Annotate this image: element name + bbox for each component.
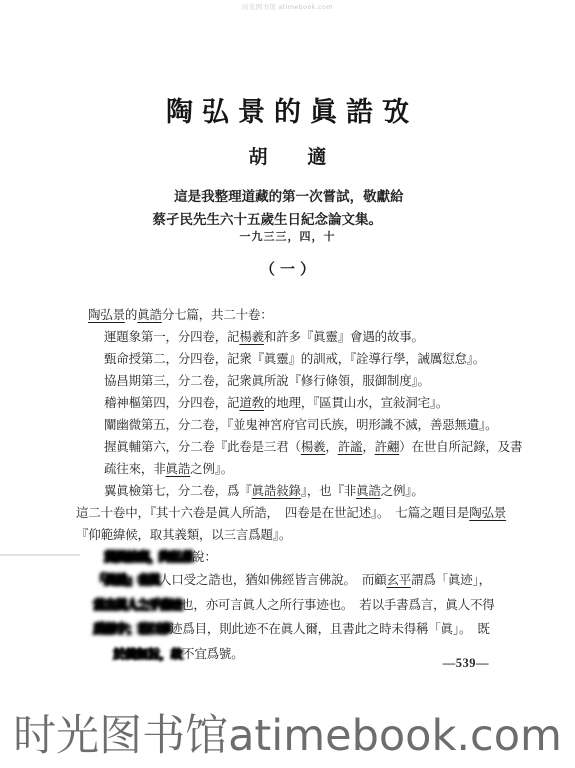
- block-quote: 「眞誥」者眞人口受之誥也，猶如佛經皆言佛說。 而顧玄平謂爲「眞迹」， 當言眞人之…: [0, 568, 575, 666]
- text-segment: 和許多『眞靈』會遇的故事。: [264, 330, 424, 344]
- text-segment: 這二十卷中，『其十六卷是眞人所誥， 四卷是在世記述』。 七篇之題目是: [76, 506, 469, 520]
- page-title: 陶弘景的眞誥攷: [0, 90, 575, 129]
- book-title-mark: 眞誥: [137, 308, 162, 322]
- paragraph-line-1: 這二十卷中，『其十六卷是眞人所誥， 四卷是在世記述』。 七篇之題目是陶弘景: [0, 502, 575, 524]
- text-segment: 也，亦可言眞人之所行事迹也。 若以手書爲言，眞人不得: [181, 598, 495, 612]
- proper-name-mark: 楊羲: [301, 440, 326, 454]
- text-segment: 』，也『非: [301, 484, 356, 498]
- list-item-5: 闡幽微第五，分二卷，『並鬼神宮府官司氏族，明形識不滅，善惡無遺』。: [0, 414, 575, 436]
- scan-artifact-line: [0, 554, 80, 556]
- text-segment: 闡幽微第五，分二卷，『並鬼神宮府官司氏族，明形識不滅，善惡無遺』。: [104, 418, 497, 432]
- quote-line-3: 爲隸字；若以事迹爲目，則此迹不在眞人爾，且書此之時未得稱「眞」。 既: [0, 617, 575, 642]
- text-segment: 翼眞檢第七，分二卷，爲『: [104, 484, 252, 498]
- text-segment: 說：: [192, 550, 217, 564]
- text-segment: 疏往來，非: [104, 462, 166, 476]
- list-item-2: 甄命授第二，分四卷，記衆『眞靈』的訓戒，『詮導行學，誡厲愆怠』。: [0, 348, 575, 370]
- quote-line-1: 「眞誥」者眞人口受之誥也，猶如佛經皆言佛說。 而顧玄平謂爲「眞迹」，: [0, 568, 575, 593]
- proper-name-mark: 道敎: [239, 396, 264, 410]
- dedication-block: 這是我整理道藏的第一次嘗試，敬獻給 蔡孑民先生六十五歲生日紀念論文集。: [0, 185, 575, 231]
- intro-line: 陶弘景的眞誥分七篇，共二十卷：: [0, 304, 575, 326]
- proper-name-mark: 陶弘景: [469, 506, 506, 520]
- text-segment: 稽神樞第四，分四卷，記: [104, 396, 239, 410]
- dedication-line-1: 這是我整理道藏的第一次嘗試，敬獻給: [153, 185, 423, 208]
- text-segment: ）在世自所記錄，及書: [399, 440, 522, 454]
- text-segment: ，: [325, 440, 337, 454]
- list-item-4: 稽神樞第四，分四卷，記道敎的地理，『區貫山水，宣敍洞宅』。: [0, 392, 575, 414]
- smudged-overprint-text: 爲隸字；若以事: [93, 622, 170, 636]
- smudged-overprint-text: 當言眞人之手書迹: [93, 598, 181, 612]
- list-item-1: 運題象第一，分四卷，記楊羲和許多『眞靈』會遇的故事。: [0, 326, 575, 348]
- proper-name-mark: 許謐: [338, 440, 363, 454]
- smudged-overprint-text: 翼眞檢裏，陶弘景: [104, 550, 192, 564]
- smudged-overprint-text: 「眞誥」者眞: [93, 573, 159, 587]
- text-segment: 分七篇，共二十卷：: [162, 308, 273, 322]
- article-body: 陶弘景的眞誥分七篇，共二十卷： 運題象第一，分四卷，記楊羲和許多『眞靈』會遇的故…: [0, 304, 575, 666]
- book-title-mark: 眞誥: [166, 462, 191, 476]
- list-item-7: 翼眞檢第七，分二卷，爲『眞誥敍錄』，也『非眞誥之例』。: [0, 480, 575, 502]
- text-segment: 甄命授第二，分四卷，記衆『眞靈』的訓戒，『詮導行學，誡厲愆怠』。: [104, 352, 485, 366]
- text-segment: 不宜爲號。: [182, 647, 244, 661]
- scanned-document-page: 时光图书馆 atimebook.com 陶弘景的眞誥攷 胡適 這是我整理道藏的第…: [0, 0, 575, 768]
- proper-name-mark: 玄平: [386, 573, 411, 587]
- text-segment: 之例』。: [190, 462, 233, 476]
- top-watermark: 时光图书馆 atimebook.com: [0, 2, 575, 11]
- section-mark: （一）: [0, 258, 575, 279]
- text-segment: 運題象第一，分四卷，記: [104, 330, 239, 344]
- paragraph-line-2: 『仰範緯候，取其義類，以三言爲題』。: [0, 524, 575, 546]
- text-segment: 之例』。: [381, 484, 424, 498]
- book-title-mark: 眞誥敍錄: [252, 484, 301, 498]
- page-number: —539—: [443, 656, 489, 671]
- proper-name-mark: 陶弘景: [88, 308, 125, 322]
- list-item-3: 協昌期第三，分二卷，記衆眞所說『修行條領，服御制度』。: [0, 370, 575, 392]
- proper-name-mark: 楊羲: [239, 330, 264, 344]
- dedication-date: 一九三三，四，十: [0, 228, 575, 244]
- text-segment: 的地理，『區貫山水，宣敍洞宅』。: [264, 396, 448, 410]
- text-segment: 人口受之誥也，猶如佛經皆言佛說。 而顧: [159, 573, 386, 587]
- text-segment: ，: [362, 440, 374, 454]
- text-segment: 協昌期第三，分二卷，記衆眞所說『修行條領，服御制度』。: [104, 374, 430, 388]
- list-item-6: 握眞輔第六，分二卷『此卷是三君（楊羲，許謐，許翽）在世自所記錄，及書: [0, 436, 575, 458]
- text-segment: 謂爲「眞迹」，: [411, 573, 491, 587]
- quote-lead-line: 翼眞檢裏，陶弘景說：: [0, 546, 575, 568]
- book-title-mark: 眞誥: [356, 484, 381, 498]
- list-item-6-continued: 疏往來，非眞誥之例』。: [0, 458, 575, 480]
- text-segment: 握眞輔第六，分二卷『此卷是三君（: [104, 440, 301, 454]
- text-segment: 的: [125, 308, 137, 322]
- smudged-overprint-text: 於義無旨，故: [113, 647, 182, 661]
- author-name: 胡適: [0, 142, 575, 169]
- text-segment: 『仰範緯候，取其義類，以三言爲題』。: [76, 528, 291, 542]
- text-segment: 迹爲目，則此迹不在眞人爾，且書此之時未得稱「眞」。 既: [170, 622, 490, 636]
- bottom-watermark: 时光图书馆atimebook.com: [0, 702, 575, 763]
- quote-line-2: 當言眞人之手書迹也，亦可言眞人之所行事迹也。 若以手書爲言，眞人不得: [0, 593, 575, 618]
- proper-name-mark: 許翽: [375, 440, 400, 454]
